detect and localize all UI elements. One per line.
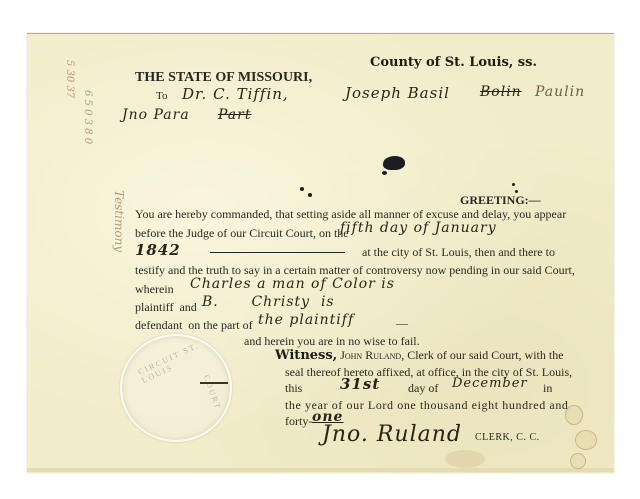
seal-text-side: COURT [202,374,223,412]
plaintiff-hand: Charles a man of Color is [190,276,395,292]
water-stain [570,453,586,469]
to-label: To [156,90,167,102]
defendant-label: defendant on the part of [135,318,253,333]
in-label: in [543,381,552,396]
addressee-tiffin: Dr. C. Tiffin, [182,85,289,103]
addressee-struck: Bolin [480,84,522,100]
clerk-name: John Ruland [340,348,401,362]
body-line-3: at the city of St. Louis, then and there… [362,245,555,260]
month-hand: December [452,376,528,391]
fail-line: and herein you are in no wise to fail. [244,334,420,349]
forty-label: forty- [285,414,312,429]
day-hand: 31st [340,375,380,393]
embossed-seal: CIRCUIT ST. LOUIS COURT [120,334,232,442]
clerk-title: CLERK, C. C. [475,432,540,443]
ink-dot [512,183,515,186]
body-line-2: before the Judge of our Circuit Court, o… [135,226,349,241]
defendant-hand: B. Christy is [202,294,335,310]
water-stain [565,405,583,425]
paper-edge [27,468,614,472]
witness-word: Witness, [275,348,337,363]
ink-blot [383,156,405,170]
appearance-year-hand: 1842 [135,241,181,259]
seal-pen-mark [200,382,228,384]
blank-line [210,252,345,253]
ink-blot [382,171,387,175]
clerk-signature: Jno. Ruland [322,422,462,447]
plaintiff-label: plaintiff and [135,300,197,315]
margin-note: 5 30 37 [64,60,75,98]
greeting: GREETING:— [460,193,541,208]
addressee-para: Jno Para [122,107,190,123]
this-label: this [285,381,302,396]
day-of-label: day of [408,381,438,396]
wherein-label: wherein [135,282,174,297]
on-part-of-hand: the plaintiff [258,312,354,328]
addressee-paulin: Paulin [535,84,585,100]
witness-line-2: seal thereof hereto affixed, at office, … [285,365,572,380]
water-stain [575,430,597,450]
state-title: THE STATE OF MISSOURI, [135,70,312,86]
addressee-struck-2: Part [218,107,251,123]
appearance-date-hand: fifth day of January [340,220,497,236]
defendant-dash: — [396,316,408,331]
county-header: County of St. Louis, ss. [370,55,537,70]
ink-dot [308,193,312,197]
water-stain [445,450,485,468]
margin-note: 6 5 0 3 8 0 [82,90,93,144]
ink-dot [300,187,304,191]
witness-line-1: Witness, John Ruland, Clerk of our said … [275,348,564,363]
witness-line-1-rest: , Clerk of our said Court, with the [401,348,563,362]
margin-note: Testimony [112,190,126,252]
addressee-basil: Joseph Basil [345,84,450,102]
